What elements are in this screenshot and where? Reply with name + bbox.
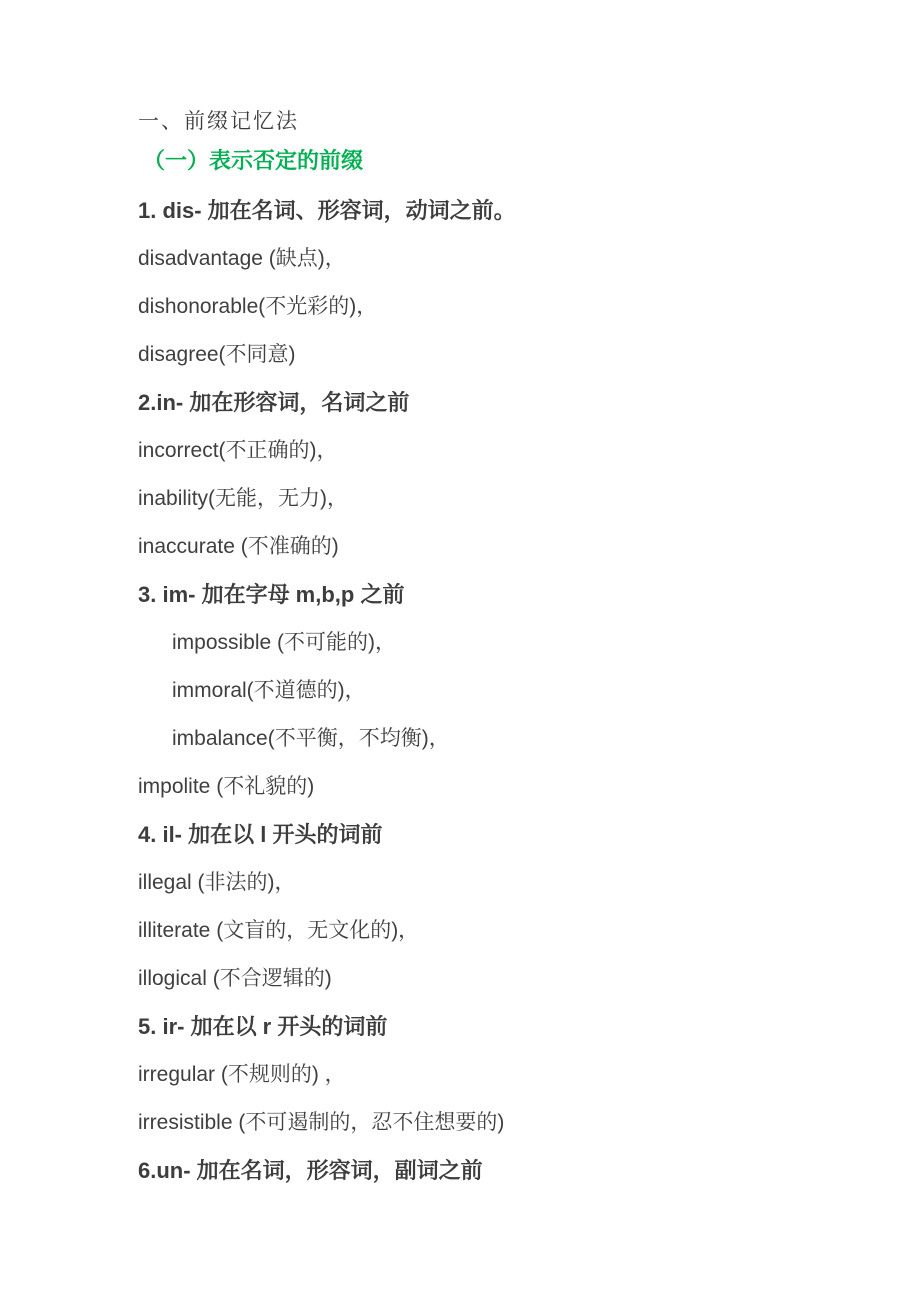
page-title: 一、前缀记忆法 bbox=[138, 111, 880, 133]
section-heading-in: 2.in- 加在形容词，名词之前 bbox=[138, 392, 880, 414]
green-subheading: （一）表示否定的前缀 bbox=[138, 150, 880, 172]
section-heading-il: 4. il- 加在以 l 开头的词前 bbox=[138, 824, 880, 846]
word-entry: disagree(不同意) bbox=[138, 344, 880, 366]
word-entry: illogical (不合逻辑的) bbox=[138, 968, 880, 990]
section-heading-im: 3. im- 加在字母 m,b,p 之前 bbox=[138, 584, 880, 606]
word-entry: impossible (不可能的)， bbox=[138, 632, 880, 654]
word-entry: illegal (非法的)， bbox=[138, 872, 880, 894]
document-page: 一、前缀记忆法 （一）表示否定的前缀 1. dis- 加在名词、形容词，动词之前… bbox=[0, 0, 920, 1302]
section-heading-ir: 5. ir- 加在以 r 开头的词前 bbox=[138, 1016, 880, 1038]
word-entry: disadvantage (缺点)， bbox=[138, 248, 880, 270]
word-entry: illiterate (文盲的，无文化的)， bbox=[138, 920, 880, 942]
word-entry: irregular (不规则的) ， bbox=[138, 1064, 880, 1086]
word-entry: irresistible (不可遏制的，忍不住想要的) bbox=[138, 1112, 880, 1134]
word-entry: imbalance(不平衡，不均衡)， bbox=[138, 728, 880, 750]
word-entry: impolite (不礼貌的) bbox=[138, 776, 880, 798]
word-entry: inability(无能，无力)， bbox=[138, 488, 880, 510]
word-entry: dishonorable(不光彩的)， bbox=[138, 296, 880, 318]
word-entry: incorrect(不正确的)， bbox=[138, 440, 880, 462]
word-entry: immoral(不道德的)， bbox=[138, 680, 880, 702]
document-content: 一、前缀记忆法 （一）表示否定的前缀 1. dis- 加在名词、形容词，动词之前… bbox=[0, 0, 920, 1182]
section-heading-un: 6.un- 加在名词，形容词，副词之前 bbox=[138, 1160, 880, 1182]
word-entry: inaccurate (不准确的) bbox=[138, 536, 880, 558]
section-heading-dis: 1. dis- 加在名词、形容词，动词之前。 bbox=[138, 200, 880, 222]
